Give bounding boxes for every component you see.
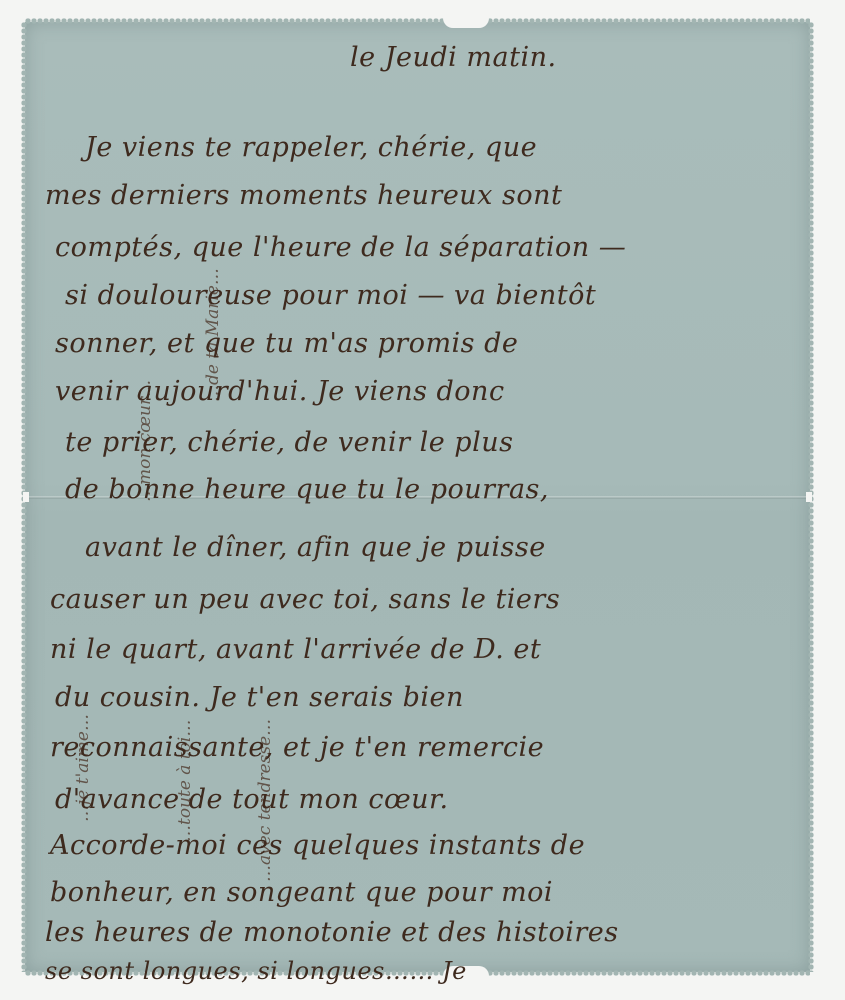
- letter-line: du cousin. Je t'en serais bien: [55, 682, 464, 713]
- fold-notch-left: [23, 492, 29, 502]
- letter-line: si douloureuse pour moi — va bientôt: [65, 280, 596, 311]
- letter-line: Je viens te rappeler, chérie, que: [85, 132, 537, 163]
- letter-line: te prier, chérie, de venir le plus: [65, 427, 513, 458]
- tear-notch-top: [443, 18, 489, 28]
- letter-line: causer un peu avec toi, sans le tiers: [50, 584, 560, 615]
- perforated-edge-top: [25, 18, 810, 24]
- letter-line: Accorde-moi ces quelques instants de: [50, 830, 585, 861]
- letter-line: sonner, et que tu m'as promis de: [55, 328, 518, 359]
- letter-line: avant le dîner, afin que je puisse: [85, 532, 546, 563]
- letter-line: les heures de monotonie et des histoires: [45, 917, 619, 948]
- fold-notch-right: [806, 492, 812, 502]
- letter-line: se sont longues, si longues…… Je: [45, 957, 467, 985]
- letter-line: de bonne heure que tu le pourras,: [65, 474, 549, 505]
- letter-line: comptés, que l'heure de la séparation —: [55, 232, 626, 263]
- letter-line: reconnaissante, et je t'en remercie: [50, 732, 544, 763]
- letter-line: ni le quart, avant l'arrivée de D. et: [50, 634, 541, 665]
- letter-line: mes derniers moments heureux sont: [45, 180, 562, 211]
- dateline: le Jeudi matin.: [350, 42, 557, 73]
- letter-line: bonheur, en songeant que pour moi: [50, 877, 553, 908]
- letter-line: venir aujourd'hui. Je viens donc: [55, 376, 505, 407]
- letter-line: d'avance de tout mon cœur.: [55, 784, 449, 815]
- letter-paper: …de ta Marie… …mon cœur… …toute à toi… ……: [25, 22, 810, 972]
